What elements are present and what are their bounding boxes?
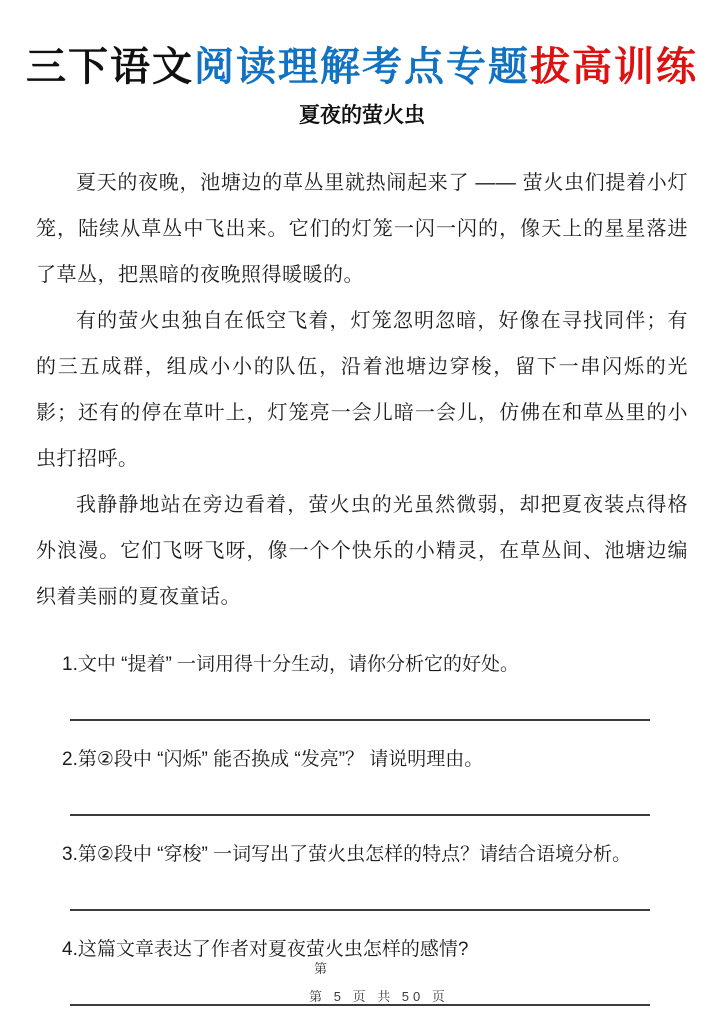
passage-paragraph-3: 我静静地站在旁边看着，萤火虫的光虽然微弱，却把夏夜装点得格外浪漫。它们飞呀飞呀，… (36, 482, 688, 620)
passage-paragraph-1: 夏天的夜晚，池塘边的草丛里就热闹起来了 —— 萤火虫们提着小灯笼，陆续从草丛中飞… (36, 160, 688, 298)
answer-blank-line-3 (70, 909, 650, 911)
answer-blank-line-1 (70, 719, 650, 721)
question-text-1: 1.文中 “提着” 一词用得十分生动，请你分析它的好处。 (62, 653, 688, 677)
worksheet-page: 三下语文阅读理解考点专题拔高训练 夏夜的萤火虫 夏天的夜晚，池塘边的草丛里就热闹… (0, 0, 724, 1024)
title-level-segment: 拔高训练 (530, 44, 698, 89)
page-title: 三下语文阅读理解考点专题拔高训练 (0, 0, 724, 88)
question-list: 1.文中 “提着” 一词用得十分生动，请你分析它的好处。 2.第②段中 “闪烁”… (62, 653, 688, 1006)
title-topic-segment: 阅读理解考点专题 (194, 44, 530, 89)
question-text-4: 4.这篇文章表达了作者对夏夜萤火虫怎样的感情? (62, 938, 688, 962)
question-text-2: 2.第②段中 “闪烁” 能否换成 “发亮”？ 请说明理由。 (62, 748, 688, 772)
title-grade-segment: 三下语文 (26, 44, 194, 89)
question-item-3: 3.第②段中 “穿梭” 一词写出了萤火虫怎样的特点？请结合语境分析。 (62, 843, 688, 911)
passage-paragraph-2: 有的萤火虫独自在低空飞着，灯笼忽明忽暗，好像在寻找同伴；有的三五成群，组成小小的… (36, 298, 688, 482)
reading-passage: 夏天的夜晚，池塘边的草丛里就热闹起来了 —— 萤火虫们提着小灯笼，陆续从草丛中飞… (36, 160, 688, 620)
page-number: 第 5 页 共 50 页 (0, 986, 724, 1005)
footer-mark: 第 (314, 958, 327, 977)
answer-blank-line-2 (70, 814, 650, 816)
question-text-3: 3.第②段中 “穿梭” 一词写出了萤火虫怎样的特点？请结合语境分析。 (62, 843, 688, 867)
question-item-1: 1.文中 “提着” 一词用得十分生动，请你分析它的好处。 (62, 653, 688, 721)
passage-title: 夏夜的萤火虫 (0, 102, 724, 130)
question-item-2: 2.第②段中 “闪烁” 能否换成 “发亮”？ 请说明理由。 (62, 748, 688, 816)
